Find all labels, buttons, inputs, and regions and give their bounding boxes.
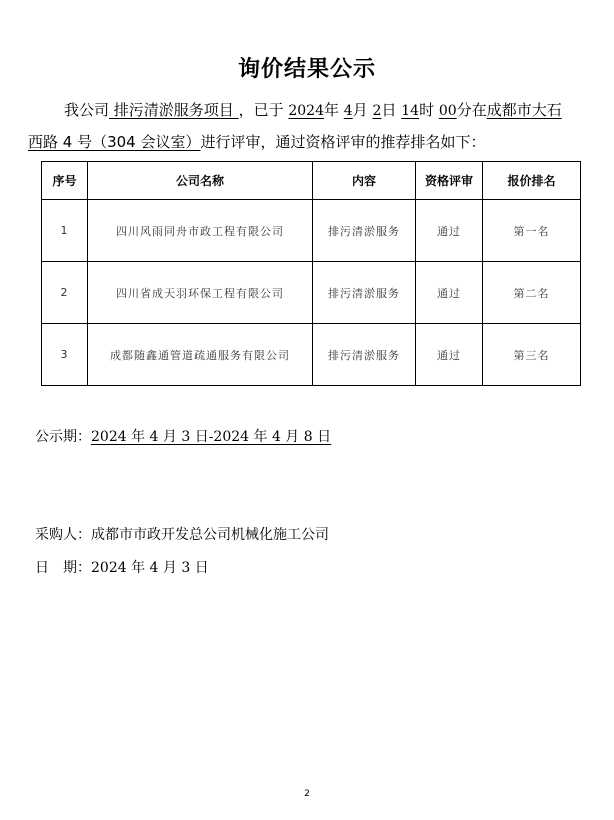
review-month: 4 xyxy=(344,103,353,119)
header-company: 公司名称 xyxy=(88,162,313,200)
cell-company: 四川风雨同舟市政工程有限公司 xyxy=(88,200,313,262)
table-row: 3 成都随鑫通管道疏通服务有限公司 排污清淤服务 通过 第三名 xyxy=(42,324,581,386)
minute-unit: 分在 xyxy=(457,101,487,119)
cell-company: 四川省成天羽环保工程有限公司 xyxy=(88,262,313,324)
date-label-b: 期： xyxy=(63,560,91,576)
intro-text-b: 进行评审，通过资格评审的推荐排名如下： xyxy=(200,133,485,151)
cell-index: 1 xyxy=(42,200,88,262)
day-unit: 日 xyxy=(381,101,396,119)
header-content: 内容 xyxy=(313,162,416,200)
review-minute: 00 xyxy=(439,103,457,119)
cell-review: 通过 xyxy=(416,262,483,324)
review-year: 2024 xyxy=(288,103,324,119)
document-title: 询价结果公示 xyxy=(0,52,614,83)
cell-company: 成都随鑫通管道疏通服务有限公司 xyxy=(88,324,313,386)
cell-content: 排污清淤服务 xyxy=(313,262,416,324)
cell-review: 通过 xyxy=(416,324,483,386)
buyer-value: 成都市市政开发总公司机械化施工公司 xyxy=(91,527,329,543)
intro-line-1: 我公司 排污清淤服务项目 ，已于 2024年 4月 2日 14时 00分在成都市… xyxy=(64,99,614,120)
cell-index: 3 xyxy=(42,324,88,386)
cell-rank: 第三名 xyxy=(483,324,581,386)
publish-date: 日期：2024 年 4 月 3 日 xyxy=(35,557,209,577)
notice-period: 公示期：2024 年 4 月 3 日-2024 年 4 月 8 日 xyxy=(35,426,331,446)
table-row: 1 四川风雨同舟市政工程有限公司 排污清淤服务 通过 第一名 xyxy=(42,200,581,262)
month-unit: 月 xyxy=(353,101,368,119)
project-name: 排污清淤服务项目 xyxy=(109,101,239,119)
intro-line-2: 西路 4 号（304 会议室）进行评审，通过资格评审的推荐排名如下： xyxy=(28,131,588,152)
notice-period-label: 公示期： xyxy=(35,429,91,445)
cell-rank: 第一名 xyxy=(483,200,581,262)
buyer-label: 采购人： xyxy=(35,527,91,543)
page-number: 2 xyxy=(0,789,614,799)
cell-content: 排污清淤服务 xyxy=(313,324,416,386)
date-label-a: 日 xyxy=(35,560,49,576)
results-table: 序号 公司名称 内容 资格评审 报价排名 1 四川风雨同舟市政工程有限公司 排污… xyxy=(41,161,581,386)
cell-rank: 第二名 xyxy=(483,262,581,324)
cell-index: 2 xyxy=(42,262,88,324)
table-header-row: 序号 公司名称 内容 资格评审 报价排名 xyxy=(42,162,581,200)
notice-period-value: 2024 年 4 月 3 日-2024 年 4 月 8 日 xyxy=(91,429,331,445)
date-value: 2024 年 4 月 3 日 xyxy=(91,560,209,576)
year-unit: 年 xyxy=(324,101,339,119)
review-hour: 14 xyxy=(401,103,419,119)
table-row: 2 四川省成天羽环保工程有限公司 排污清淤服务 通过 第二名 xyxy=(42,262,581,324)
header-index: 序号 xyxy=(42,162,88,200)
review-location-b: 西路 4 号（304 会议室） xyxy=(28,133,200,151)
review-location-a: 成都市大石 xyxy=(487,101,562,119)
cell-review: 通过 xyxy=(416,200,483,262)
intro-prefix: 我公司 xyxy=(64,101,109,119)
header-rank: 报价排名 xyxy=(483,162,581,200)
buyer: 采购人：成都市市政开发总公司机械化施工公司 xyxy=(35,524,329,544)
hour-unit: 时 xyxy=(419,101,434,119)
intro-text-a: ，已于 xyxy=(239,101,284,119)
document-page: 询价结果公示 我公司 排污清淤服务项目 ，已于 2024年 4月 2日 14时 … xyxy=(0,0,614,820)
header-review: 资格评审 xyxy=(416,162,483,200)
cell-content: 排污清淤服务 xyxy=(313,200,416,262)
